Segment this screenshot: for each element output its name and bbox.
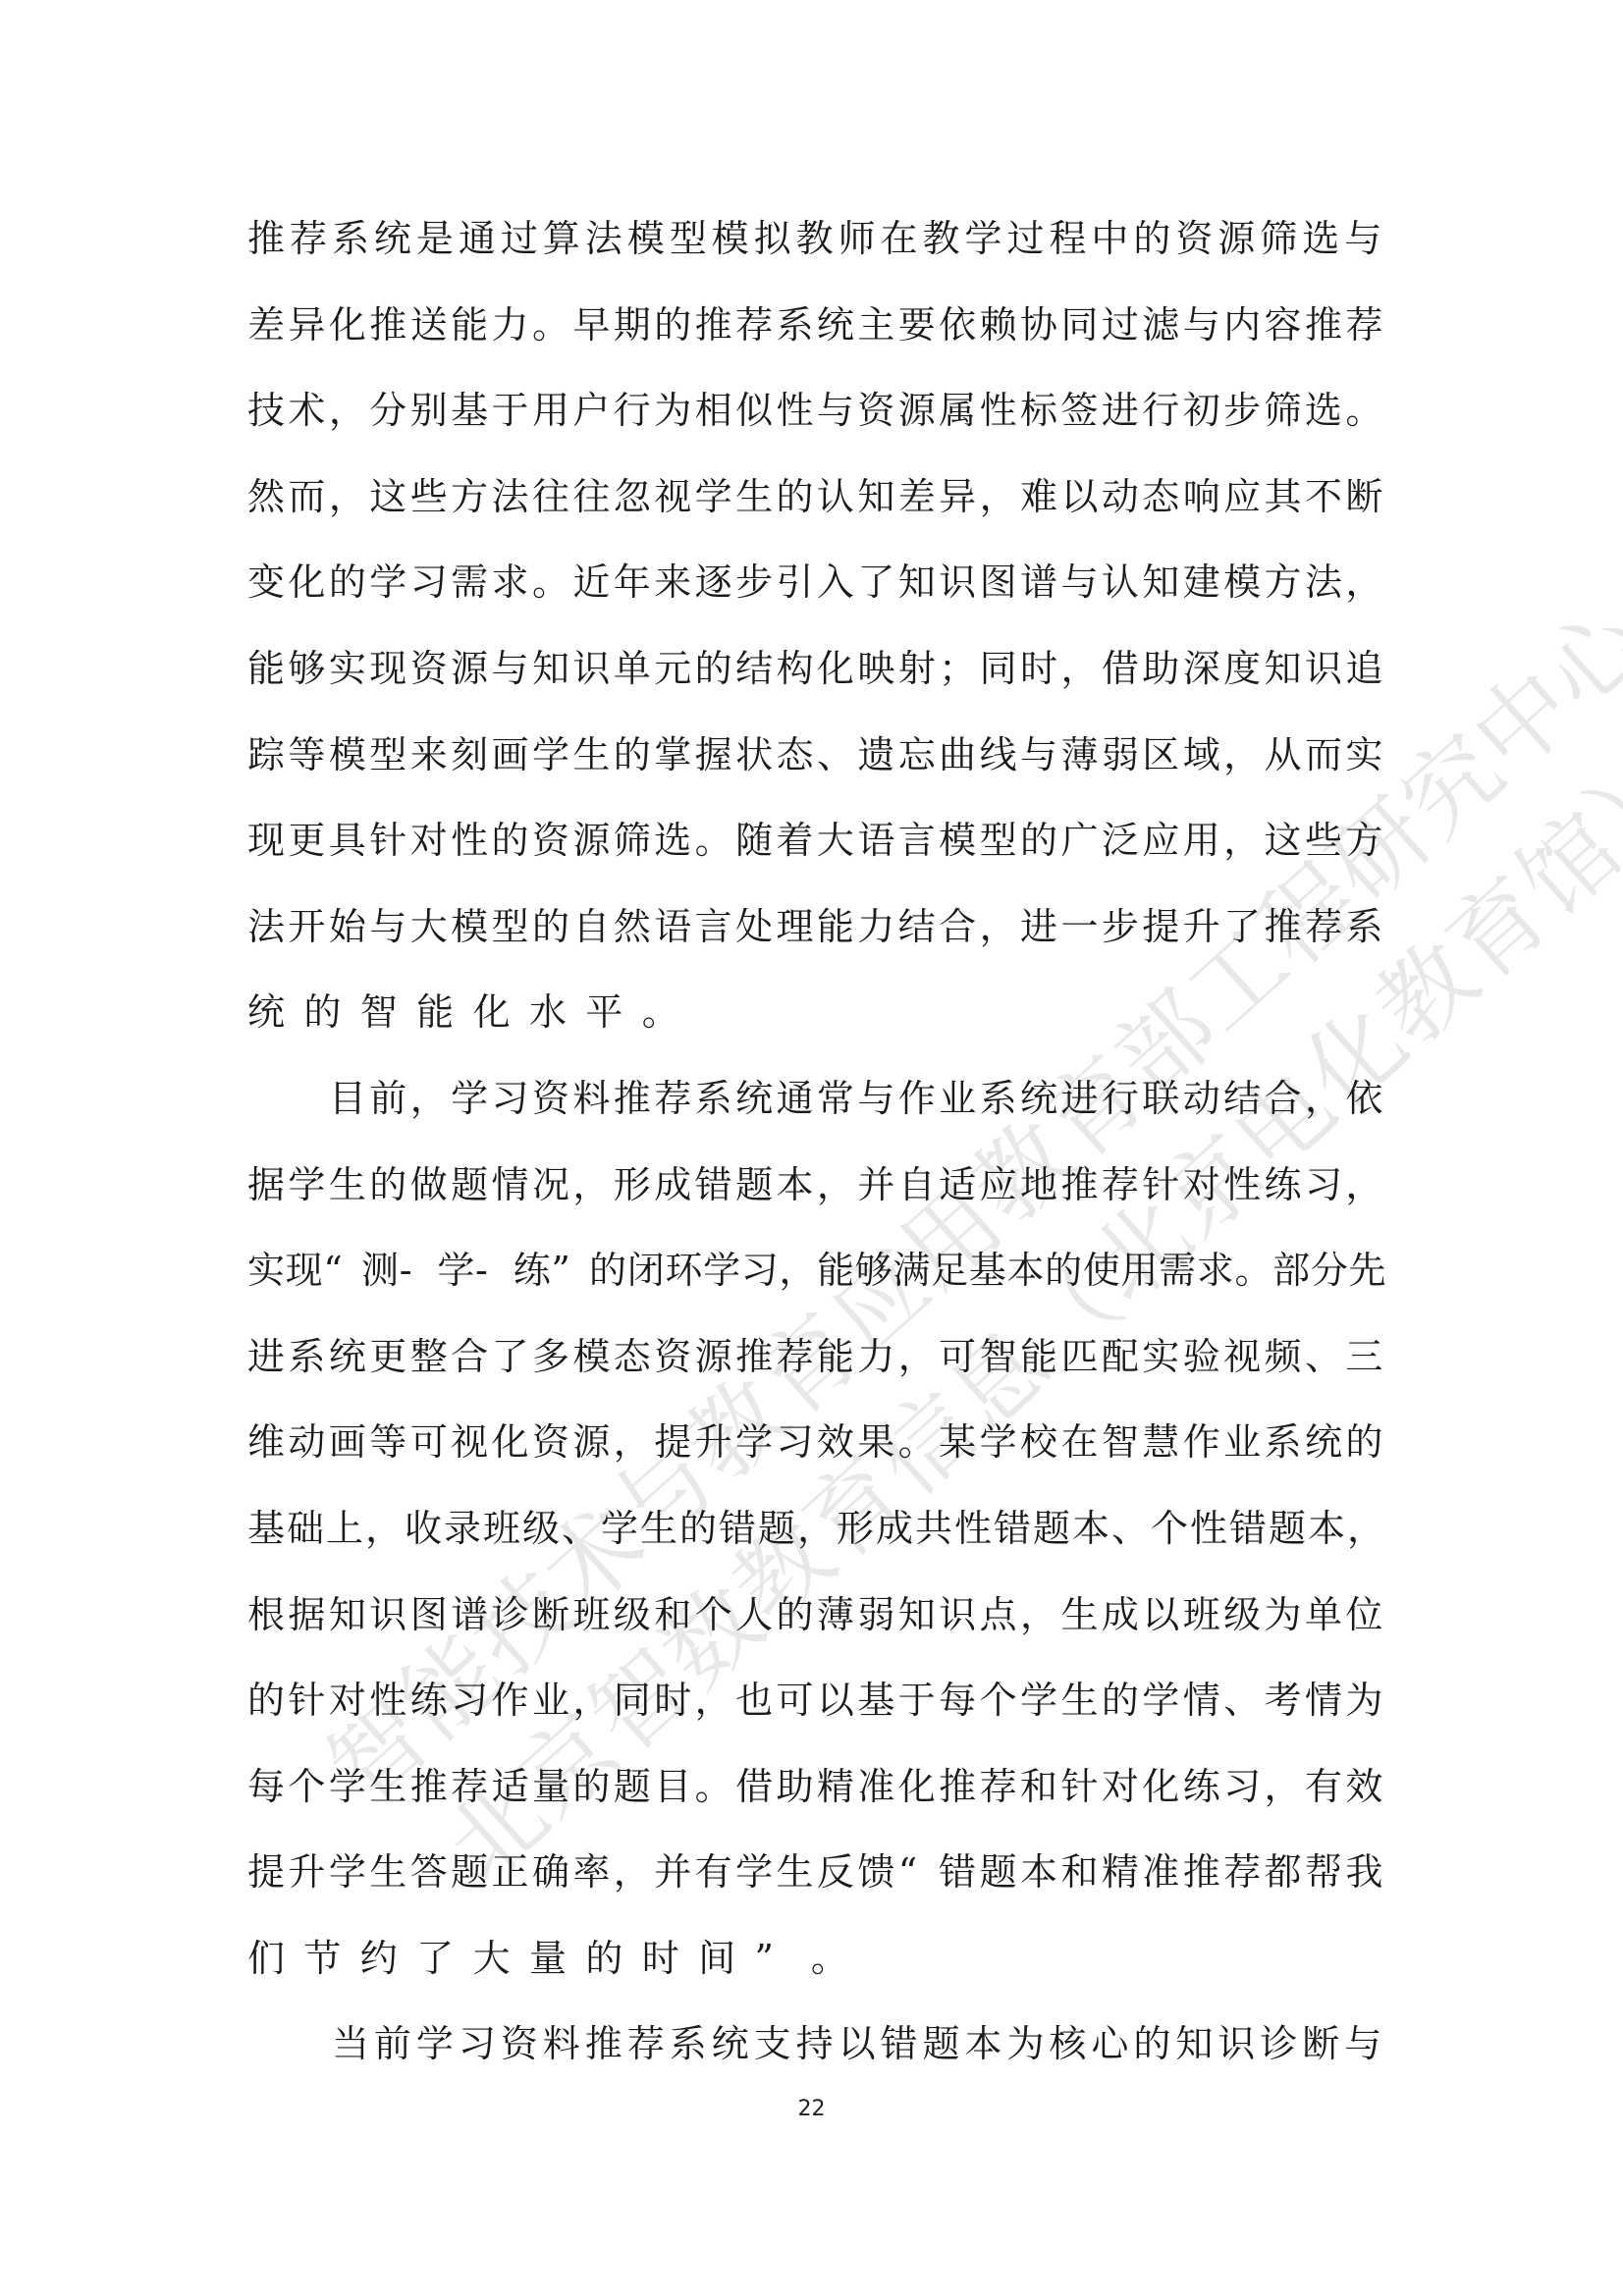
text-line: 能够实现资源与知识单元的结构化映射；同时，借助深度知识追 (247, 644, 1386, 730)
text-line: 然而，这些方法往往忽视学生的认知差异，难以动态响应其不断 (247, 472, 1386, 559)
text-line: 统的智能化水平。 (247, 988, 1386, 1074)
document-page: 智能技术与教育应用教育部工程研究中心 北京智数教育信息（北京电化教育馆） 推荐系… (0, 0, 1623, 2296)
text-line: 目前，学习资料推荐系统通常与作业系统进行联动结合，依 (247, 1074, 1386, 1160)
text-line: 法开始与大模型的自然语言处理能力结合，进一步提升了推荐系 (247, 902, 1386, 988)
page-number: 22 (0, 2097, 1623, 2121)
text-line: 的针对性练习作业，同时，也可以基于每个学生的学情、考情为 (247, 1676, 1386, 1762)
text-line: 当前学习资料推荐系统支持以错题本为核心的知识诊断与 (247, 2019, 1386, 2106)
text-line: 实现“测-学-练”的闭环学习，能够满足基本的使用需求。部分先 (247, 1246, 1386, 1332)
text-line: 差异化推送能力。早期的推荐系统主要依赖协同过滤与内容推荐 (247, 300, 1386, 387)
text-line: 维动画等可视化资源，提升学习效果。某学校在智慧作业系统的 (247, 1417, 1386, 1504)
text-line: 据学生的做题情况，形成错题本，并自适应地推荐针对性练习， (247, 1160, 1386, 1247)
text-line: 变化的学习需求。近年来逐步引入了知识图谱与认知建模方法， (247, 558, 1386, 644)
text-line: 根据知识图谱诊断班级和个人的薄弱知识点，生成以班级为单位 (247, 1590, 1386, 1677)
text-line: 推荐系统是通过算法模型模拟教师在教学过程中的资源筛选与 (247, 214, 1386, 300)
body-text: 推荐系统是通过算法模型模拟教师在教学过程中的资源筛选与 差异化推送能力。早期的推… (247, 214, 1386, 2106)
text-line: 技术，分别基于用户行为相似性与资源属性标签进行初步筛选。 (247, 386, 1386, 472)
text-line: 提升学生答题正确率，并有学生反馈“错题本和精准推荐都帮我 (247, 1847, 1386, 1934)
text-line: 进系统更整合了多模态资源推荐能力，可智能匹配实验视频、三 (247, 1332, 1386, 1418)
text-line: 每个学生推荐适量的题目。借助精准化推荐和针对化练习，有效 (247, 1762, 1386, 1848)
text-line: 基础上，收录班级、学生的错题，形成共性错题本、个性错题本， (247, 1504, 1386, 1590)
text-line: 现更具针对性的资源筛选。随着大语言模型的广泛应用，这些方 (247, 816, 1386, 902)
text-line: 踪等模型来刻画学生的掌握状态、遗忘曲线与薄弱区域，从而实 (247, 730, 1386, 817)
text-line: 们节约了大量的时间”。 (247, 1934, 1386, 2020)
